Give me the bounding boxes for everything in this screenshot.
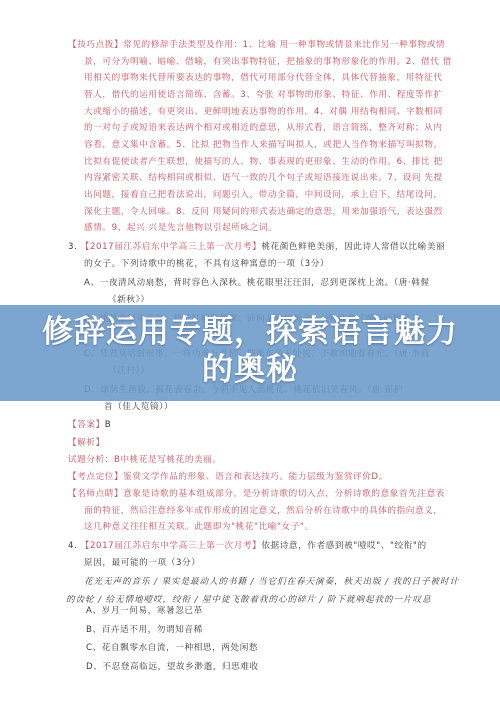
question-number: 3. [68, 242, 77, 252]
teacher-text: 意象是诗歌的基本组成部分，是分析诗歌的切入点，分析诗歌的意象首先注意表 [123, 489, 445, 499]
tips-line: 【技巧点拨】常见的修辞手法类型及作用：1、比喻 用一种事物或情景来比作另一种事物… [68, 39, 445, 51]
tips-line: 深化主题，令人回味。8、反问 用疑问的形式表达确定的意思，用来加强语气，表达强烈 [84, 206, 443, 218]
option-b: B、百卉适不用，勿谓知音稀 [86, 624, 203, 636]
tips-line: 替人，借代的运用使语言简练、含蓄。3、夸张 对事物的形象、特征、作用、程度等作扩 [84, 89, 443, 101]
teacher-label: 【名师点睛】 [68, 489, 123, 499]
question-stem: 依据诗意，作者感到被"噎哎"、"绞衔"的 [261, 541, 426, 551]
analysis-label: 【解析】 [68, 437, 105, 449]
teacher-text-line: 这几种意义往往相互关联。此题即为"桃花"比喻"女子"。 [84, 521, 314, 533]
answer-value: B [105, 420, 112, 430]
focus-row: 【考点定位】鉴赏文学作品的形象、语言和表达技巧。能力层级为鉴赏评价D。 [68, 471, 388, 483]
tips-line: 出问题，接着自己把看法说出，问题引入，带动全篇，中间设问，承上启下，结尾设问， [84, 189, 443, 201]
analysis-text: 试题分析：B中桃花是写桃花的美丽。 [68, 454, 222, 466]
banner-title: 修辞运用专题，探索语言魅力 的奥秘 [0, 313, 500, 389]
poem-line: 花光无声的音乐 / 果实是最动人的书籍 / 当它们在春天演奏，秋天出版 / 我的… [84, 576, 459, 588]
option-c: C、花自飘零水自流，一种相思，两处闲愁 [86, 642, 258, 654]
teacher-row: 【名师点睛】意象是诗歌的基本组成部分，是分析诗歌的切入点，分析诗歌的意象首先注意… [68, 488, 445, 500]
tips-line: 比拟有促使读者产生联想，使描写的人、物、事表现的更形象、生动的作用。6、排比 把 [84, 156, 443, 168]
tips-line: 大或缩小的描述，有更突出、更鲜明地表达事物的作用。4、对偶 用结构相同、字数相同 [84, 106, 443, 118]
document-page: 【技巧点拨】常见的修辞手法类型及作用：1、比喻 用一种事物或情景来比作另一种事物… [0, 0, 500, 707]
answer-row: 【答案】B [68, 419, 111, 431]
question-4-header: 4. 【2017届江苏启东中学高三上第一次月考】依据诗意，作者感到被"噎哎"、"… [68, 540, 427, 552]
question-3-header: 3. 【2017届江苏启东中学高三上第一次月考】桃花颜色鲜艳美丽，因此诗人常借以… [68, 241, 445, 253]
banner-title-line-1: 修辞运用专题，探索语言魅力 [0, 313, 500, 351]
question-stem-continued: 的女子。下列诗歌中的桃花，不具有这种寓意的一项（3分） [84, 258, 329, 270]
teacher-text-line: 面的特征，然后注意经多年成作形成的固定意义，然后分析在诗歌中的具体的指向意义， [84, 505, 443, 517]
question-stem: 桃花颜色鲜艳美丽，因此诗人常借以比喻美丽 [261, 242, 445, 252]
option-a: A、一夜清风动扇愁，背时容色入深秋。桃花眼里汪汪泪，忍到更深枕上流。（唐·韩偓 [84, 277, 430, 289]
option-a: A、岁月一何易，寒暑忽已革 [86, 605, 203, 617]
question-source: 【2017届江苏启东中学高三上第一次月考】 [81, 242, 262, 252]
tips-line: 容看，意义集中含蓄。5、比拟 把物当作人来描写叫拟人，或把人当作物来描写叫拟物， [84, 139, 443, 151]
question-number: 4. [68, 541, 77, 551]
tips-line: 的一对句子或短语来表达两个相对或相近的意思，从形式看，语言简练，整齐对称；从内 [84, 122, 443, 134]
tips-line: 感情。9、起兴 兴是先言他物以引起所咏之词。 [84, 222, 277, 234]
focus-text: 鉴赏文学作品的形象、语言和表达技巧。能力层级为鉴赏评价D。 [123, 472, 388, 482]
tips-line: 用相关的事物来代替所要表达的事物，借代可用部分代替全体，具体代替抽象，用特征代 [84, 72, 443, 84]
question-stem-continued: 原因，最可能的一项（3分） [84, 557, 200, 569]
option-d-continued: 首（佳人览镜）） [104, 401, 173, 413]
answer-label: 【答案】 [68, 420, 105, 430]
focus-label: 【考点定位】 [68, 472, 123, 482]
option-d: D、不忍登高临远，望故乡渺邈，归思难收 [86, 661, 259, 673]
question-source: 【2017届江苏启东中学高三上第一次月考】 [81, 541, 262, 551]
tips-line: 景，可分为明喻、暗喻、借喻，有突出事物特征，把抽象的事物形象化的作用。2、借代 … [84, 56, 452, 68]
tips-line: 内容紧密关联、结构相同或相似、语气一致的几个句子或短语接连说出来。7、设问 先提 [84, 172, 443, 184]
banner-title-line-2: 的奥秘 [0, 351, 500, 389]
